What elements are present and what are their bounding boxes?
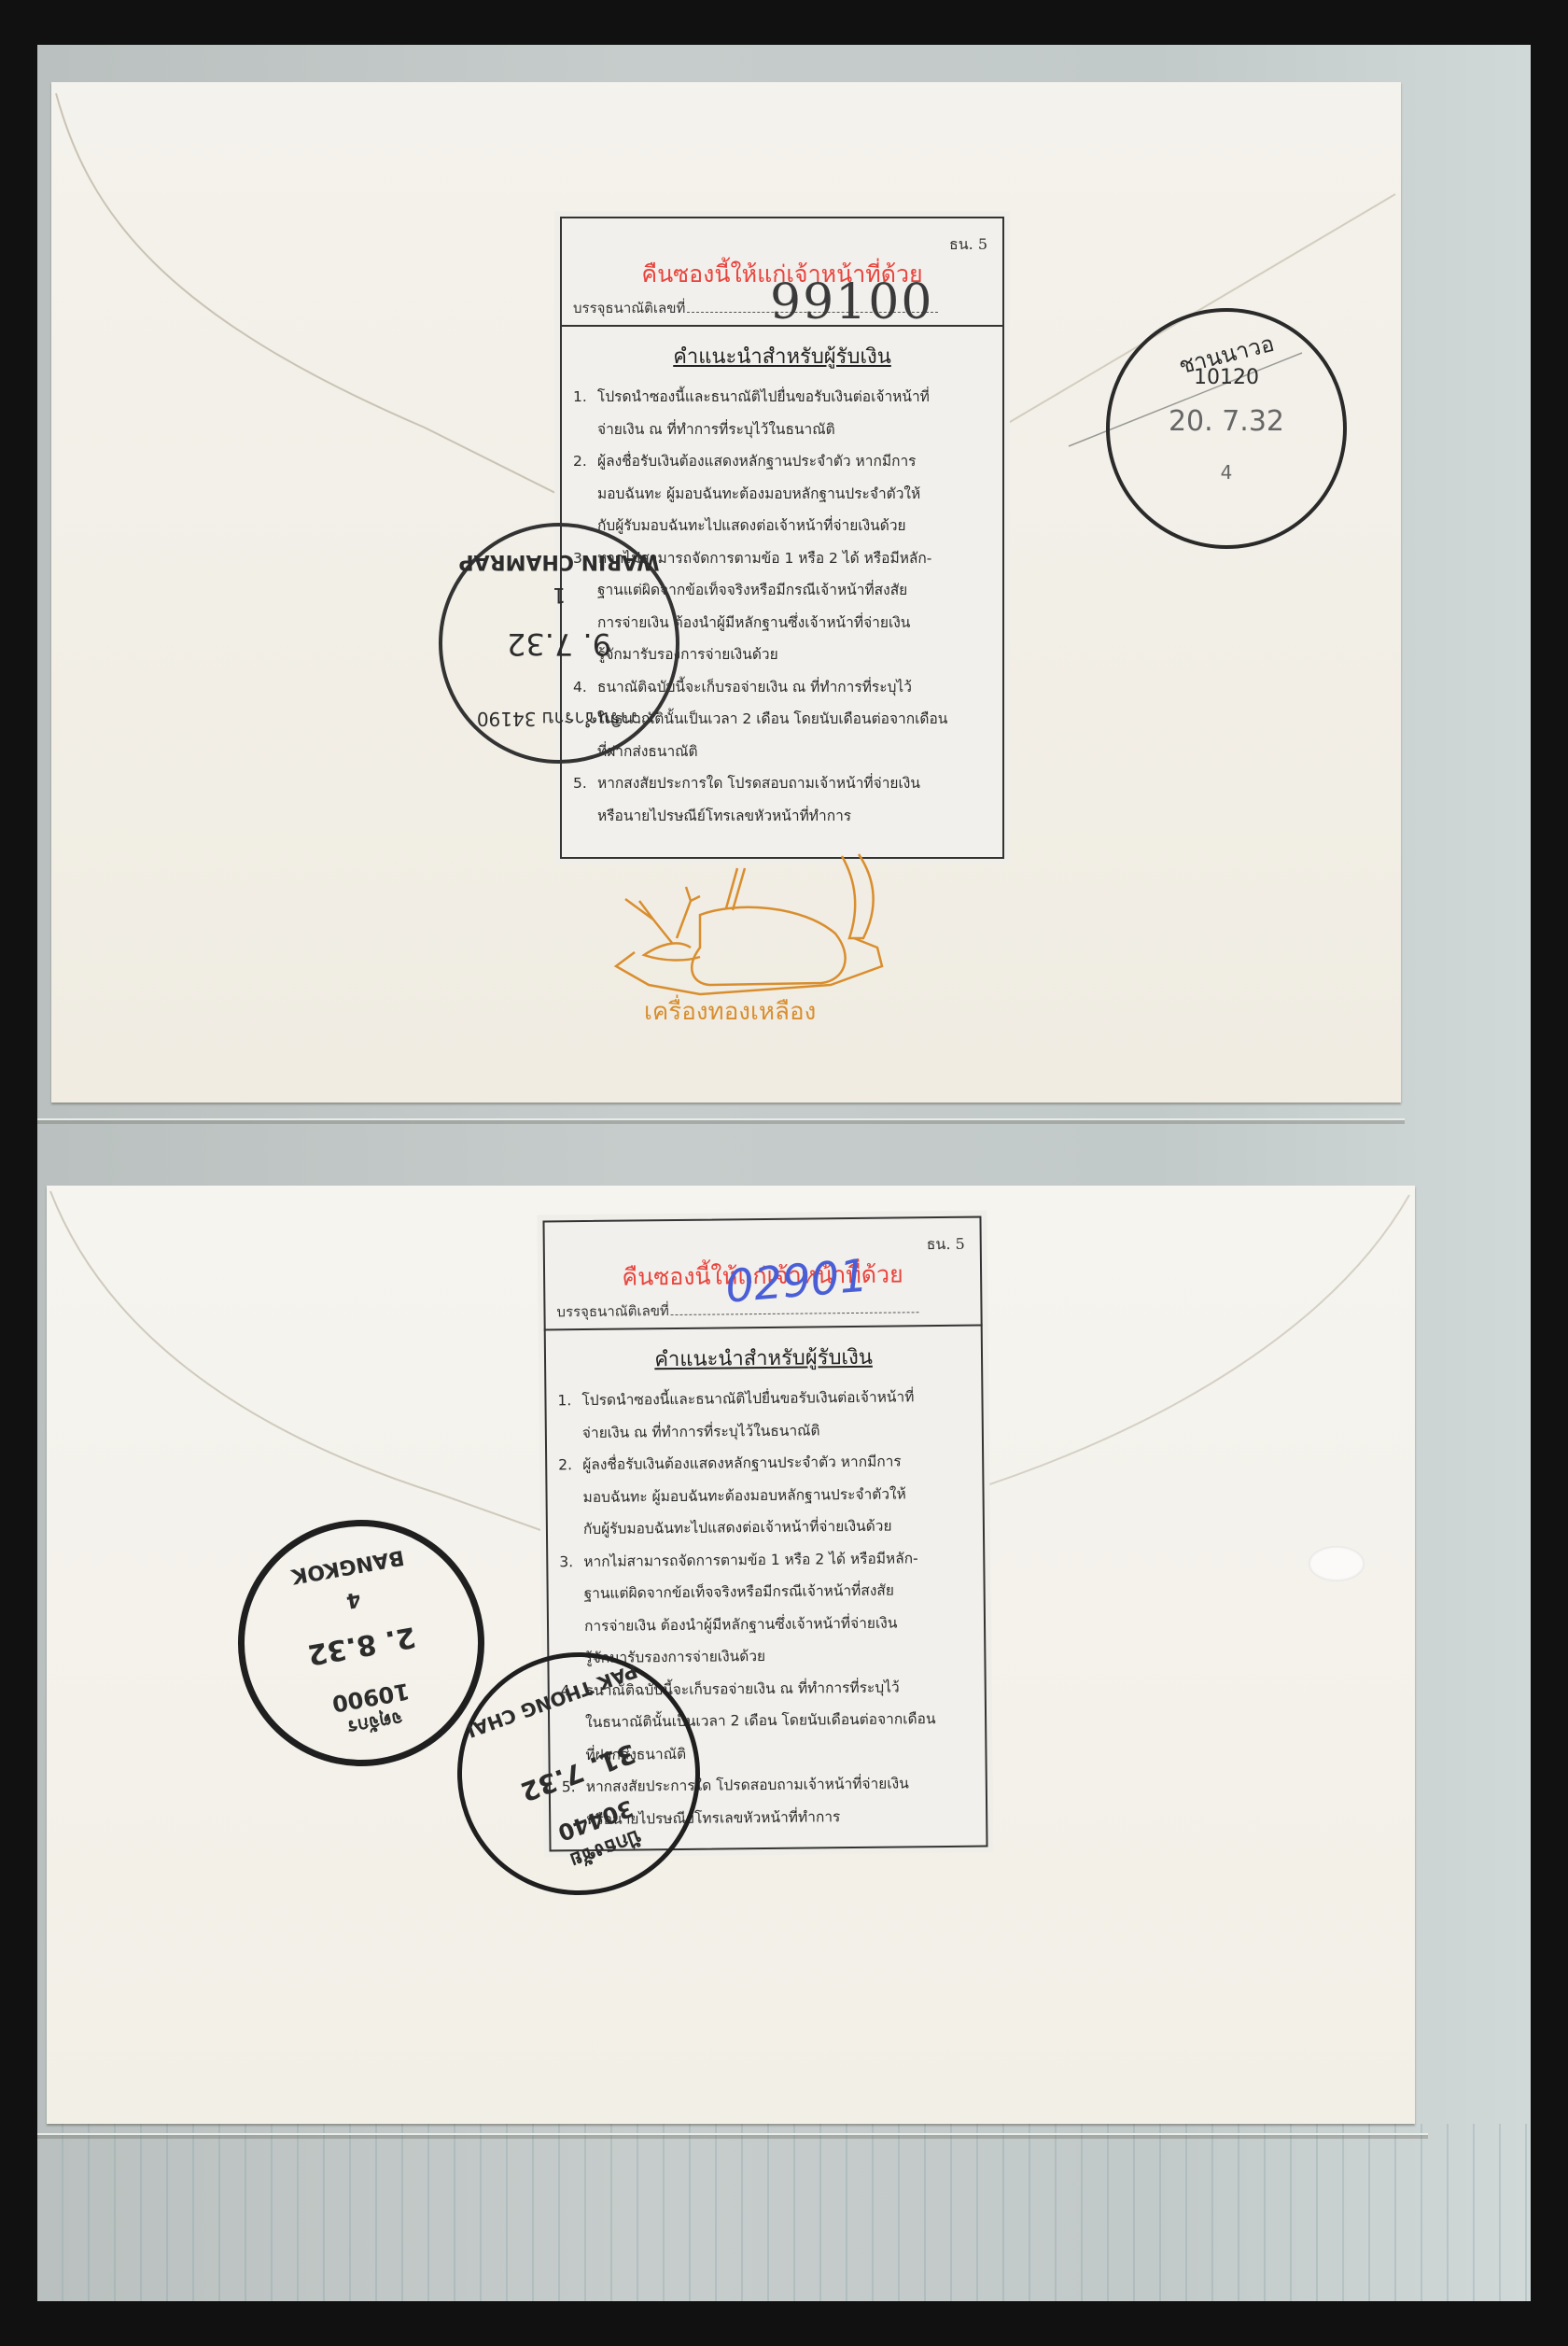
postmark-right: ชานนาวอ 10120 20. 7.32 4	[1106, 308, 1347, 549]
instruction-line: หากสงสัยประการใด โปรดสอบถามเจ้าหน้าที่จ่…	[597, 767, 991, 800]
form-code: ธน. 5	[927, 1233, 965, 1257]
instruction-line: กับผู้รับมอบฉันทะไปแสดงต่อเจ้าหน้าที่จ่า…	[583, 1510, 972, 1546]
instruction-number: 1.	[557, 1384, 571, 1417]
postmark-left: WARIN CHAMRAP 1 9. 7.32 วารินชำราบ 34190	[439, 523, 679, 764]
paper-tear-mark	[1309, 1546, 1365, 1581]
money-order-label-1: ธน. 5 คืนซองนี้ให้แก่เจ้าหน้าที่ด้วย บรร…	[560, 217, 1004, 859]
instruction-line: โปรดนำซองนี้และธนาณัติไปยื่นขอรับเงินต่อ…	[597, 381, 991, 414]
instruction-item: 2.ผู้ลงชื่อรับเงินต้องแสดงหลักฐานประจำตั…	[558, 1445, 972, 1546]
instruction-line: จ่ายเงิน ณ ที่ทำการที่ระบุไว้ในธนาณัติ	[597, 414, 991, 446]
instruction-number: 2.	[573, 445, 587, 478]
instruction-number: 5.	[573, 767, 587, 800]
instruction-number: 1.	[573, 381, 587, 414]
instruction-item: 2.ผู้ลงชื่อรับเงินต้องแสดงหลักฐานประจำตั…	[573, 445, 991, 542]
form-code: ธน. 5	[949, 233, 987, 257]
pack-label: บรรจุธนาณัติเลขที่	[556, 1302, 669, 1320]
instruction-line: โปรดนำซองนี้และธนาณัติไปยื่นขอรับเงินต่อ…	[581, 1381, 970, 1417]
instruction-item: 1.โปรดนำซองนี้และธนาณัติไปยื่นขอรับเงินต…	[573, 381, 991, 445]
pack-label: บรรจุธนาณัติเลขที่	[573, 300, 685, 316]
instruction-line: หรือนายไปรษณีย์โทรเลขหัวหน้าที่ทำการ	[597, 800, 991, 833]
album-grid-lines	[37, 2124, 1531, 2301]
pack-number: 99100	[770, 274, 933, 330]
instructions-title: คำแนะนำสำหรับผู้รับเงิน	[544, 1340, 983, 1377]
instruction-line: การจ่ายเงิน ต้องนำผู้มีหลักฐานซึ่งเจ้าหน…	[584, 1606, 973, 1642]
instruction-line: ผู้ลงชื่อรับเงินต้องแสดงหลักฐานประจำตัว …	[582, 1445, 971, 1482]
instruction-item: 5.หากสงสัยประการใด โปรดสอบถามเจ้าหน้าที่…	[573, 767, 991, 832]
instruction-number: 3.	[559, 1546, 573, 1579]
instruction-number: 2.	[558, 1449, 572, 1482]
instruction-item: 3.หากไม่สามารถจัดการตามข้อ 1 หรือ 2 ได้ …	[559, 1541, 973, 1675]
instruction-line: กับผู้รับมอบฉันทะไปแสดงต่อเจ้าหน้าที่จ่า…	[597, 510, 991, 542]
instruction-line: ที่ฝากส่งธนาณัติ	[597, 736, 991, 768]
instruction-line: ผู้ลงชื่อรับเงินต้องแสดงหลักฐานประจำตัว …	[597, 445, 991, 478]
instruction-line: ฐานแต่ผิดจากข้อเท็จจริงหรือมีกรณีเจ้าหน้…	[583, 1574, 972, 1610]
instruction-item: 1.โปรดนำซองนี้และธนาณัติไปยื่นขอรับเงินต…	[557, 1381, 971, 1450]
instruction-line: มอบฉันทะ ผู้มอบฉันทะต้องมอบหลักฐานประจำต…	[582, 1477, 971, 1513]
instruction-line: จ่ายเงิน ณ ที่ทำการที่ระบุไว้ในธนาณัติ	[582, 1412, 971, 1449]
instruction-line: หากไม่สามารถจัดการตามข้อ 1 หรือ 2 ได้ หร…	[583, 1541, 972, 1578]
instruction-line: มอบฉันทะ ผู้มอบฉันทะต้องมอบหลักฐานประจำต…	[597, 478, 991, 511]
logo-text: เครื่องทองเหลือง	[644, 992, 816, 1031]
instructions-title: คำแนะนำสำหรับผู้รับเงิน	[560, 340, 1004, 372]
